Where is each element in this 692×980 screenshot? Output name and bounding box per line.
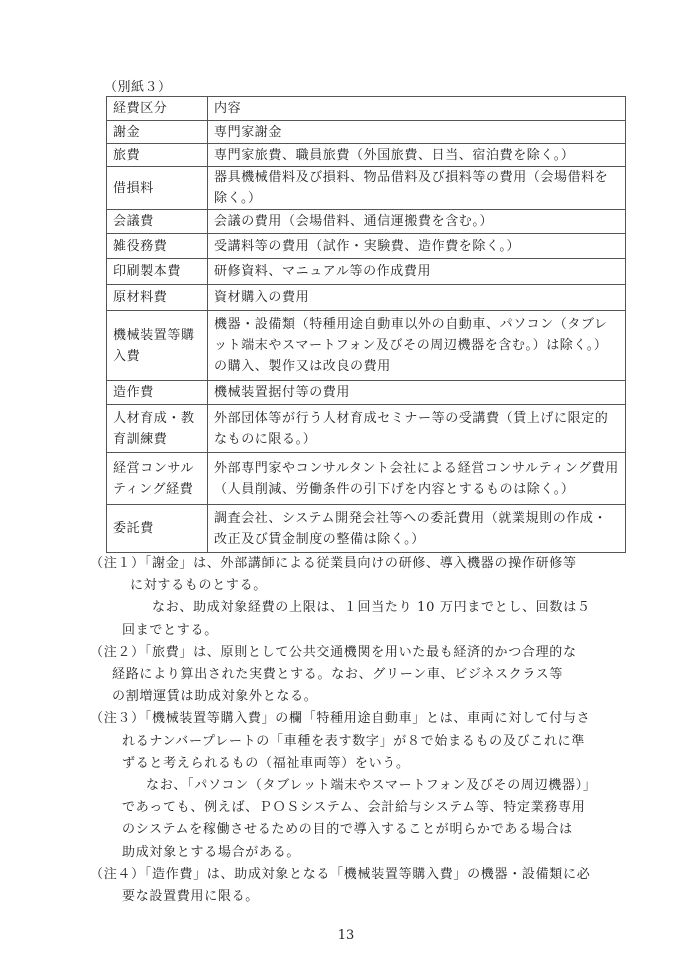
note-line: の割増運賃は助成対象外となる。 [90,686,610,708]
header-category: 経費区分 [107,97,208,121]
expense-content-cell: 専門家旅費、職員旅費（外国旅費、日当、宿泊費を除く。） [208,144,626,167]
table-row: 借損料器具機械借料及び損料、物品借料及び損料等の費用（会場借料を除く。） [107,167,626,210]
table-row: 原材料費資材購入の費用 [107,285,626,311]
table-row: 印刷製本費研修資料、マニュアル等の作成費用 [107,259,626,285]
table-row: 人材育成・教育訓練費外部団体等が行う人材育成セミナー等の受講費（賃上げに限定的な… [107,405,626,453]
expense-category-cell: 印刷製本費 [107,259,208,285]
note-line: （注２）「旅費」は、原則として公共交通機関を用いた最も経済的かつ合理的な [90,642,610,664]
expense-content-cell: 研修資料、マニュアル等の作成費用 [208,259,626,285]
expense-content-cell: 外部専門家やコンサルタント会社による経営コンサルティング費用（人員削減、労働条件… [208,453,626,505]
table-row: 経営コンサルティング経費外部専門家やコンサルタント会社による経営コンサルティング… [107,453,626,505]
note-line: 要な設置費用に限る。 [90,886,610,908]
note-line: ずると考えられるもの（福祉車両等）をいう。 [90,753,610,775]
expense-content-cell: 会議の費用（会場借料、通信運搬費を含む。） [208,210,626,234]
note-line: なお、助成対象経費の上限は、１回当たり 10 万円までとし、回数は５ [90,597,610,619]
note-line: れるナンバープレートの「車種を表す数字」が８で始まるもの及びこれに準 [90,731,610,753]
note-line: 助成対象とする場合がある。 [90,842,610,864]
expense-category-cell: 雑役務費 [107,234,208,259]
expense-category-cell: 原材料費 [107,285,208,311]
expense-category-cell: 人材育成・教育訓練費 [107,405,208,453]
expense-content-cell: 調査会社、システム開発会社等への委託費用（就業規則の作成・改正及び賃金制度の整備… [208,505,626,553]
expense-category-cell: 造作費 [107,381,208,405]
note-line: であっても、例えば、ＰＯＳシステム、会計給与システム等、特定業務専用 [90,797,610,819]
table-row: 謝金専門家謝金 [107,121,626,144]
note-line: （注１）「謝金」は、外部講師による従業員向けの研修、導入機器の操作研修等 [90,553,610,575]
header-content: 内容 [208,97,626,121]
table-header-row: 経費区分 内容 [107,97,626,121]
expense-content-cell: 受講料等の費用（試作・実験費、造作費を除く。） [208,234,626,259]
expense-category-table: 経費区分 内容 謝金専門家謝金旅費専門家旅費、職員旅費（外国旅費、日当、宿泊費を… [106,96,626,553]
table-row: 会議費会議の費用（会場借料、通信運搬費を含む。） [107,210,626,234]
expense-content-cell: 機械装置据付等の費用 [208,381,626,405]
expense-content-cell: 器具機械借料及び損料、物品借料及び損料等の費用（会場借料を除く。） [208,167,626,210]
expense-category-cell: 謝金 [107,121,208,144]
note-line: 回までとする。 [90,620,610,642]
table-row: 旅費専門家旅費、職員旅費（外国旅費、日当、宿泊費を除く。） [107,144,626,167]
expense-content-cell: 資材購入の費用 [208,285,626,311]
expense-category-cell: 会議費 [107,210,208,234]
expense-content-cell: 専門家謝金 [208,121,626,144]
notes-section: （注１）「謝金」は、外部講師による従業員向けの研修、導入機器の操作研修等に対する… [90,553,610,908]
expense-category-cell: 借損料 [107,167,208,210]
expense-category-cell: 旅費 [107,144,208,167]
table-row: 委託費調査会社、システム開発会社等への委託費用（就業規則の作成・改正及び賃金制度… [107,505,626,553]
note-line: 経路により算出された実費とする。なお、グリーン車、ビジネスクラス等 [90,664,610,686]
note-line: のシステムを稼働させるための目的で導入することが明らかである場合は [90,819,610,841]
note-line: （注３）「機械装置等購入費」の欄「特種用途自動車」とは、車両に対して付与さ [90,708,610,730]
page-number: 13 [0,928,692,943]
note-line: なお、「パソコン（タブレット端末やスマートフォン及びその周辺機器）」 [90,775,610,797]
table-row: 造作費機械装置据付等の費用 [107,381,626,405]
note-line: （注４）「造作費」は、助成対象となる「機械装置等購入費」の機器・設備類に必 [90,864,610,886]
expense-category-cell: 機械装置等購入費 [107,311,208,381]
note-line: に対するものとする。 [90,575,610,597]
table-row: 雑役務費受講料等の費用（試作・実験費、造作費を除く。） [107,234,626,259]
expense-category-cell: 経営コンサルティング経費 [107,453,208,505]
expense-content-cell: 外部団体等が行う人材育成セミナー等の受講費（賃上げに限定的なものに限る。） [208,405,626,453]
expense-category-cell: 委託費 [107,505,208,553]
table-row: 機械装置等購入費機器・設備類（特種用途自動車以外の自動車、パソコン（タブレット端… [107,311,626,381]
attachment-label: （別紙３） [104,76,172,95]
expense-content-cell: 機器・設備類（特種用途自動車以外の自動車、パソコン（タブレット端末やスマートフォ… [208,311,626,381]
